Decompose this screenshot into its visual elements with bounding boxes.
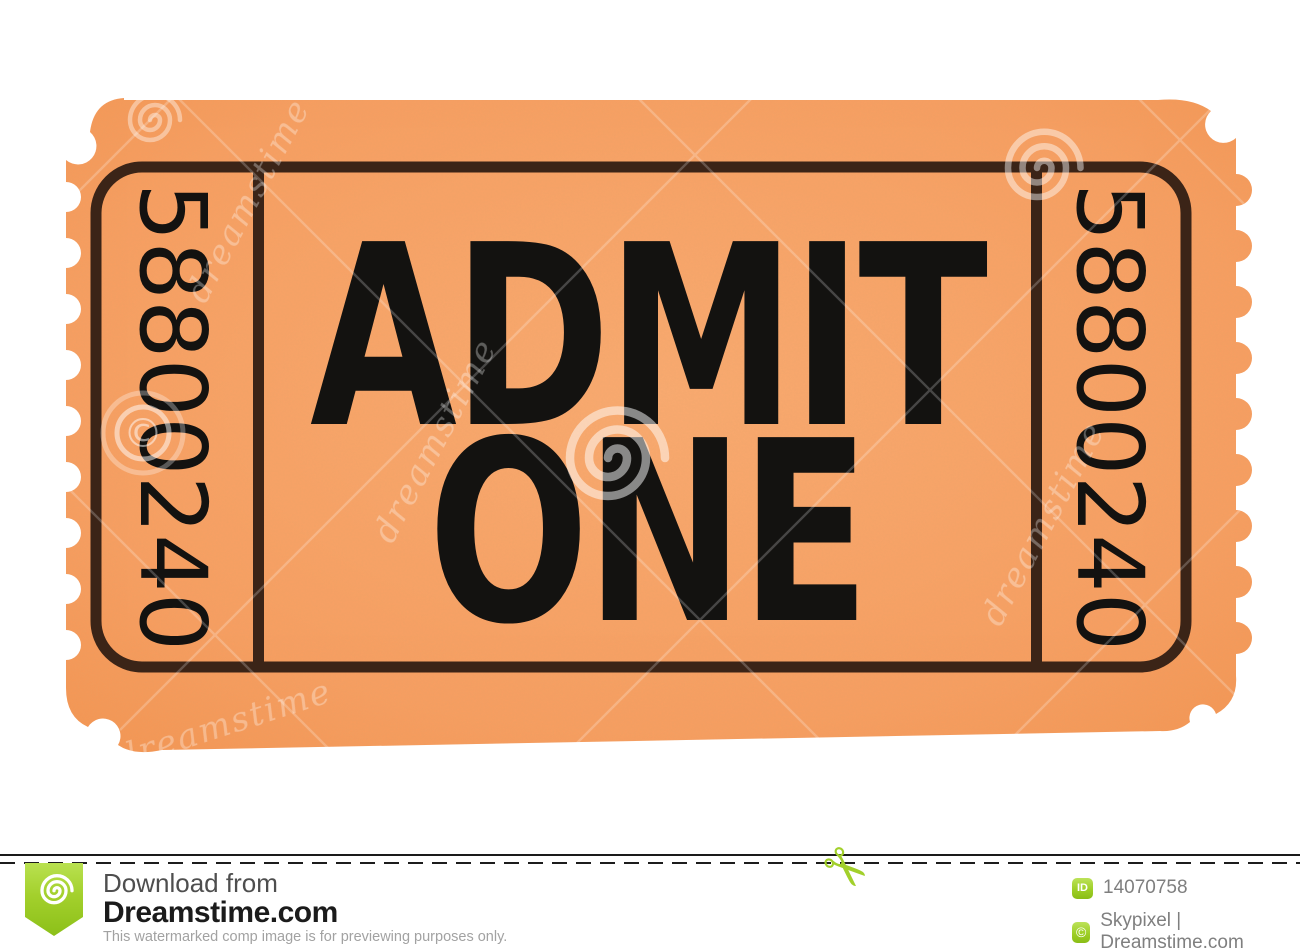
copyright-badge: © (1072, 922, 1090, 943)
dreamstime-spiral-icon (34, 873, 74, 913)
credit-row: © Skypixel | Dreamstime.com (1072, 910, 1300, 951)
watermark-disclaimer: This watermarked comp image is for previ… (103, 929, 507, 945)
image-id: 14070758 (1103, 877, 1188, 899)
svg-text:©: © (123, 411, 163, 457)
stock-photo-page: 58800240 58800240 ADMIT ONE © dreams (0, 0, 1300, 951)
ticket-title-line2: ONE (428, 388, 866, 680)
dreamstime-badge (25, 863, 83, 936)
image-id-row: ID 14070758 (1072, 877, 1188, 899)
serial-number-right: 58800240 (1056, 183, 1163, 651)
id-badge: ID (1072, 878, 1093, 899)
cut-line-solid (0, 854, 1300, 856)
brand-title: Dreamstime.com (103, 896, 338, 930)
download-from-label: Download from (103, 868, 278, 899)
cut-line-dashed (0, 862, 1300, 864)
admit-one-ticket-image: 58800240 58800240 ADMIT ONE © dreams (0, 0, 1300, 855)
author-credit: Skypixel | Dreamstime.com (1100, 910, 1300, 951)
watermark-copyright-icon: © (103, 393, 183, 473)
